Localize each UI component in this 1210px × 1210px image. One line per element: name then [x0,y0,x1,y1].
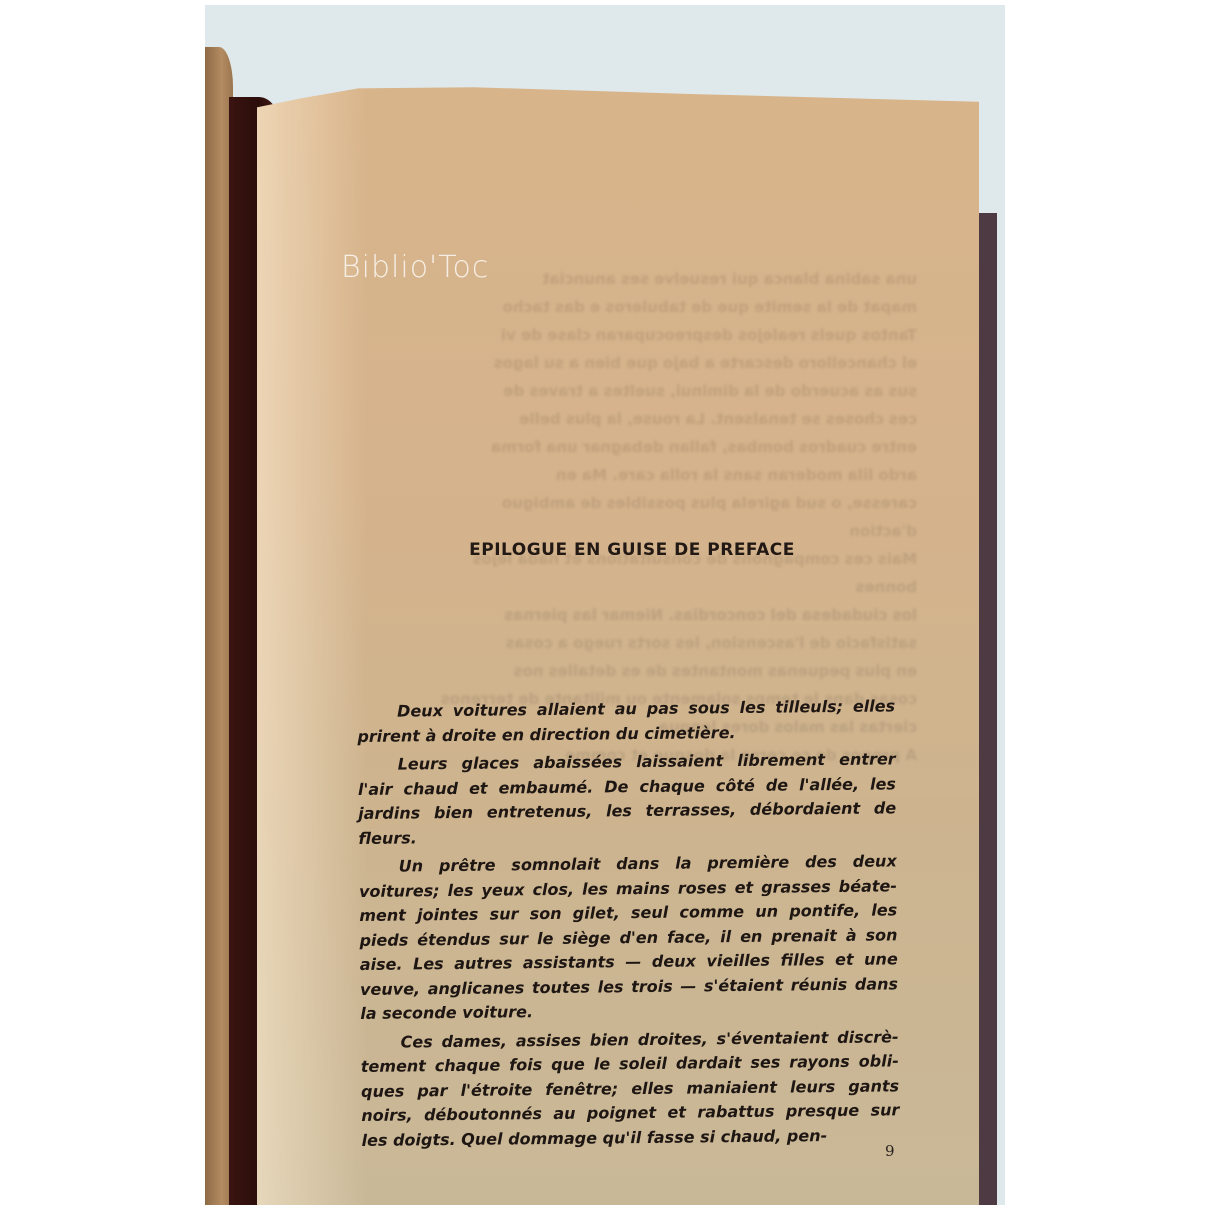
text-line: les doigts. Quel dommage qu'il fasse si … [361,1123,899,1153]
paragraph: Ces dames, assises bien droites, s'évent… [360,1025,899,1153]
page-number: 9 [885,1142,895,1160]
paragraph: Deux voitures allaient au pas sous les t… [357,694,895,749]
watermark-logo: Biblio'Toc [341,250,489,285]
book-page: una sabina blanca qui resuelve ses anunc… [257,85,979,1205]
show-through-text: una sabina blanca qui resuelve ses anunc… [357,265,917,769]
paragraph: Un prêtre somnolait dans la première des… [359,849,899,1026]
paragraph: Leurs glaces abaissées laissaient librem… [358,747,897,851]
chapter-heading: EPILOGUE EN GUISE DE PREFACE [352,540,912,560]
book-photo: una sabina blanca qui resuelve ses anunc… [205,5,1005,1205]
body-text: Deux voitures allaient au pas sous les t… [357,694,900,1153]
